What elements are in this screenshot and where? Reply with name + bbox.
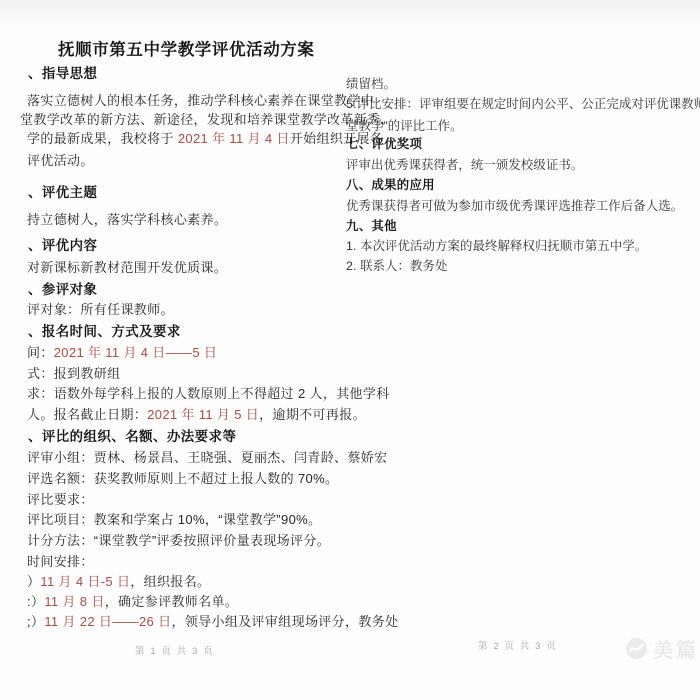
body-line: 2. 联系人：教务处 xyxy=(346,256,448,274)
body-line: 绩留档。 xyxy=(346,74,396,92)
date-highlight: 2021 年 11 月 5 日 xyxy=(147,407,259,422)
body-line: 1. 本次评优活动方案的最终解释权归抚顺市第五中学。 xyxy=(346,236,647,254)
body-line: 间：2021 年 11 月 4 日——5 日 xyxy=(27,342,217,361)
date-highlight: 11 月 8 日 xyxy=(44,594,104,609)
text-segment: 间： xyxy=(27,345,54,360)
heading-eval-content: 、评优内容 xyxy=(28,235,97,254)
heading-registration: 、报名时间、方式及要求 xyxy=(28,321,181,340)
page-title: 抚顺市第五中学教学评优活动方案 xyxy=(58,36,315,60)
page-number-footer-1: 第 1 页 共 3 页 xyxy=(135,643,214,657)
body-line: 求：语数外每学科上报的人数原则上不得超过 2 人，其他学科 xyxy=(27,383,390,402)
text-segment: :） xyxy=(27,594,44,609)
body-line: 时间安排： xyxy=(27,551,94,570)
date-highlight: 11 月 4 日-5 日 xyxy=(40,574,130,589)
body-line: 计分方法：“课堂教学”评委按照评价量表现场评分。 xyxy=(27,530,330,549)
document-photo: 抚顺市第五中学教学评优活动方案 、指导思想 落实立德树人的根本任务，推动学科核心… xyxy=(0,0,700,700)
text-segment: ） xyxy=(27,574,40,589)
heading-awards: 七、评优奖项 xyxy=(346,134,422,152)
text-segment: 人。报名截止日期： xyxy=(27,407,147,422)
body-line: 评审出优秀课获得者，统一颁发校级证书。 xyxy=(346,155,583,173)
text-segment: ;） xyxy=(27,614,44,629)
body-line: 式：报到教研组 xyxy=(27,363,120,382)
page-number-footer-2: 第 2 页 共 3 页 xyxy=(478,638,557,652)
schedule-item-1: ）11 月 4 日-5 日，组织报名。 xyxy=(27,571,210,590)
text-segment: ，确定参评教师名单。 xyxy=(105,594,239,609)
schedule-item-2: :）11 月 8 日，确定参评教师名单。 xyxy=(27,591,238,610)
body-line: 学的最新成果，我校将于 2021 年 11 月 4 日开始组织开展各 xyxy=(27,128,383,147)
body-line: 落实立德树人的根本任务，推动学科核心素养在课堂教学中 xyxy=(27,90,374,109)
date-highlight: 11 月 22 日——26 日 xyxy=(44,614,171,629)
body-line: 人。报名截止日期：2021 年 11 月 5 日，逾期不可再报。 xyxy=(27,404,366,423)
text-segment: ，领导小组及评审组现场评分，教务处 xyxy=(171,614,398,629)
watermark-brand-text: 美篇 xyxy=(653,634,699,663)
meipian-watermark: 美篇 xyxy=(625,634,699,663)
heading-achievement-application: 八、成果的应用 xyxy=(346,175,435,193)
text-segment: ，组织报名。 xyxy=(130,574,210,589)
body-line: 评选名额：获奖教师原则上不超过上报人数的 70%。 xyxy=(27,468,338,487)
body-line: 堂教学”的评比工作。 xyxy=(346,116,463,134)
body-line: 5.评比安排：评审组要在规定时间内公平、公正完成对评优课教师 xyxy=(346,94,700,112)
body-line: 对新课标新教材范围开发优质课。 xyxy=(27,257,227,276)
date-highlight: 2021 年 11 月 4 日——5 日 xyxy=(54,345,218,360)
text-segment: ，逾期不可再报。 xyxy=(259,407,366,422)
body-line: 评比项目：教案和学案占 10%，“课堂教学”90%。 xyxy=(27,509,321,528)
heading-guiding-thought: 、指导思想 xyxy=(28,63,97,82)
body-line: 评比要求： xyxy=(27,489,94,508)
text-segment: 学的最新成果，我校将于 xyxy=(27,131,178,146)
date-highlight: 2021 年 11 月 4 日 xyxy=(178,131,290,146)
body-line: 堂教学改革的新方法、新途径，发现和培养课堂教学改革新秀， xyxy=(27,109,394,128)
body-line: 评对象：所有任课教师。 xyxy=(27,299,174,318)
body-line: 评优活动。 xyxy=(27,150,94,169)
heading-others: 九、其他 xyxy=(346,216,397,234)
heading-eval-theme: 、评优主题 xyxy=(28,182,97,201)
body-line: 优秀课获得者可做为参加市级优秀课评选推荐工作后备人选。 xyxy=(346,196,683,214)
body-line: 持立德树人，落实学科核心素养。 xyxy=(27,209,227,228)
heading-participants: 、参评对象 xyxy=(28,279,97,298)
heading-organization: 、评比的组织、名额、办法要求等 xyxy=(28,426,236,445)
body-line: 评审小组：贾林、杨景昌、王晓强、夏丽杰、闫青龄、蔡娇宏 xyxy=(27,447,387,466)
meipian-logo-icon xyxy=(625,637,648,660)
schedule-item-3: ;）11 月 22 日——26 日，领导小组及评审组现场评分，教务处 xyxy=(27,611,398,630)
